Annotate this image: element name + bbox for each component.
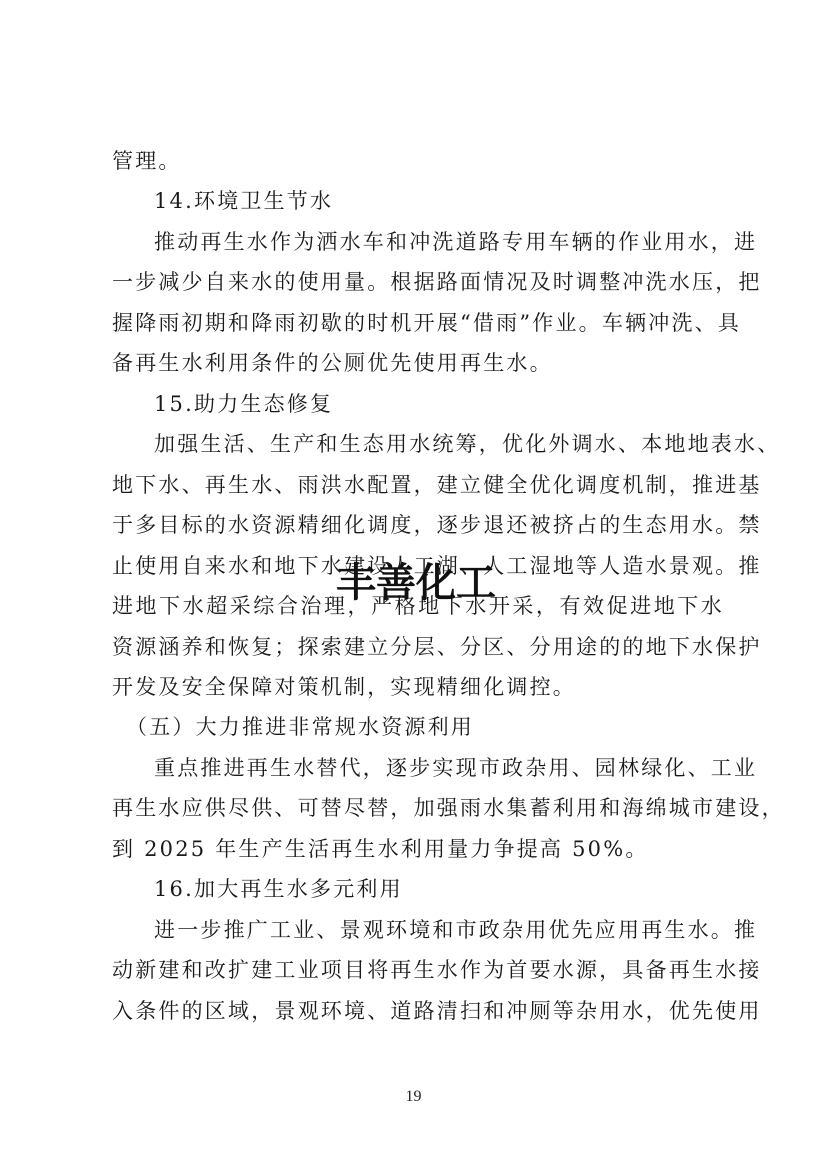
paragraph-line: 地下水、再生水、雨洪水配置，建立健全优化调度机制，推进基 <box>112 470 724 500</box>
paragraph-line: 于多目标的水资源精细化调度，逐步退还被挤占的生态用水。禁 <box>112 510 724 540</box>
paragraph-line: 动新建和改扩建工业项目将再生水作为首要水源，具备再生水接 <box>112 955 724 985</box>
document-page: 管理。 14.环境卫生节水 推动再生水作为洒水车和冲洗道路专用车辆的作业用水，进… <box>0 0 827 1169</box>
paragraph-line: 握降雨初期和降雨初歇的时机开展“借雨”作业。车辆冲洗、具 <box>112 308 724 338</box>
paragraph-line: 进一步推广工业、景观环境和市政杂用优先应用再生水。推 <box>154 915 724 945</box>
paragraph-line: 推动再生水作为洒水车和冲洗道路专用车辆的作业用水，进 <box>154 227 724 257</box>
paragraph-line: 备再生水利用条件的公厕优先使用再生水。 <box>112 348 724 378</box>
paragraph-line: 开发及安全保障对策机制，实现精细化调控。 <box>112 672 724 702</box>
paragraph-line: 到 2025 年生产生活再生水利用量力争提高 50%。 <box>112 834 724 864</box>
paragraph-line: 重点推进再生水替代，逐步实现市政杂用、园林绿化、工业 <box>154 753 724 783</box>
text-line: 管理。 <box>112 146 724 176</box>
section-heading-5: （五）大力推进非常规水资源利用 <box>126 712 738 742</box>
watermark: 丰善化工 <box>336 561 496 605</box>
subheading-16: 16.加大再生水多元利用 <box>154 874 724 904</box>
paragraph-line: 加强生活、生产和生态用水统筹，优化外调水、本地地表水、 <box>154 429 724 459</box>
paragraph-line: 一步减少自来水的使用量。根据路面情况及时调整冲洗水压，把 <box>112 267 724 297</box>
subheading-15: 15.助力生态修复 <box>154 389 724 419</box>
subheading-14: 14.环境卫生节水 <box>154 186 724 216</box>
paragraph-line: 再生水应供尽供、可替尽替，加强雨水集蓄利用和海绵城市建设， <box>112 793 724 823</box>
paragraph-line: 资源涵养和恢复；探索建立分层、分区、分用途的的地下水保护 <box>112 632 724 662</box>
page-number: 19 <box>0 1088 827 1106</box>
paragraph-line: 入条件的区域，景观环境、道路清扫和冲厕等杂用水，优先使用 <box>112 996 724 1026</box>
